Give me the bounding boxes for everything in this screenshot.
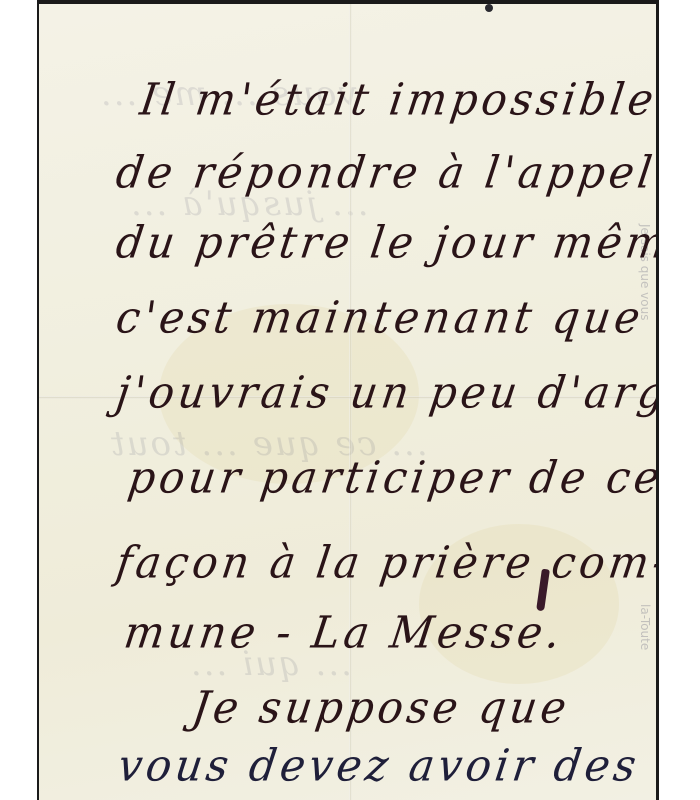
letter-line-8: mune - La Messe. [121, 607, 567, 658]
letter-line-3: du prêtre le jour même [113, 217, 656, 268]
letter-line-1: Il m'était impossible [137, 74, 656, 125]
ink-speck [485, 4, 493, 12]
letter-paper: vous ... me ... ... jusqu'à ... ... ce q… [39, 4, 656, 800]
letter-line-9: Je suppose que [189, 682, 573, 733]
letter-line-2: de répondre à l'appel [113, 147, 656, 198]
letter-line-4: c'est maintenant que [113, 292, 647, 343]
letter-line-10: vous devez avoir des [115, 740, 643, 791]
letter-line-6: pour participer de cette [125, 452, 656, 503]
letter-line-7: façon à la prière com- [113, 537, 656, 588]
letter-line-5: j'ouvrais un peu d'argent [113, 367, 656, 418]
